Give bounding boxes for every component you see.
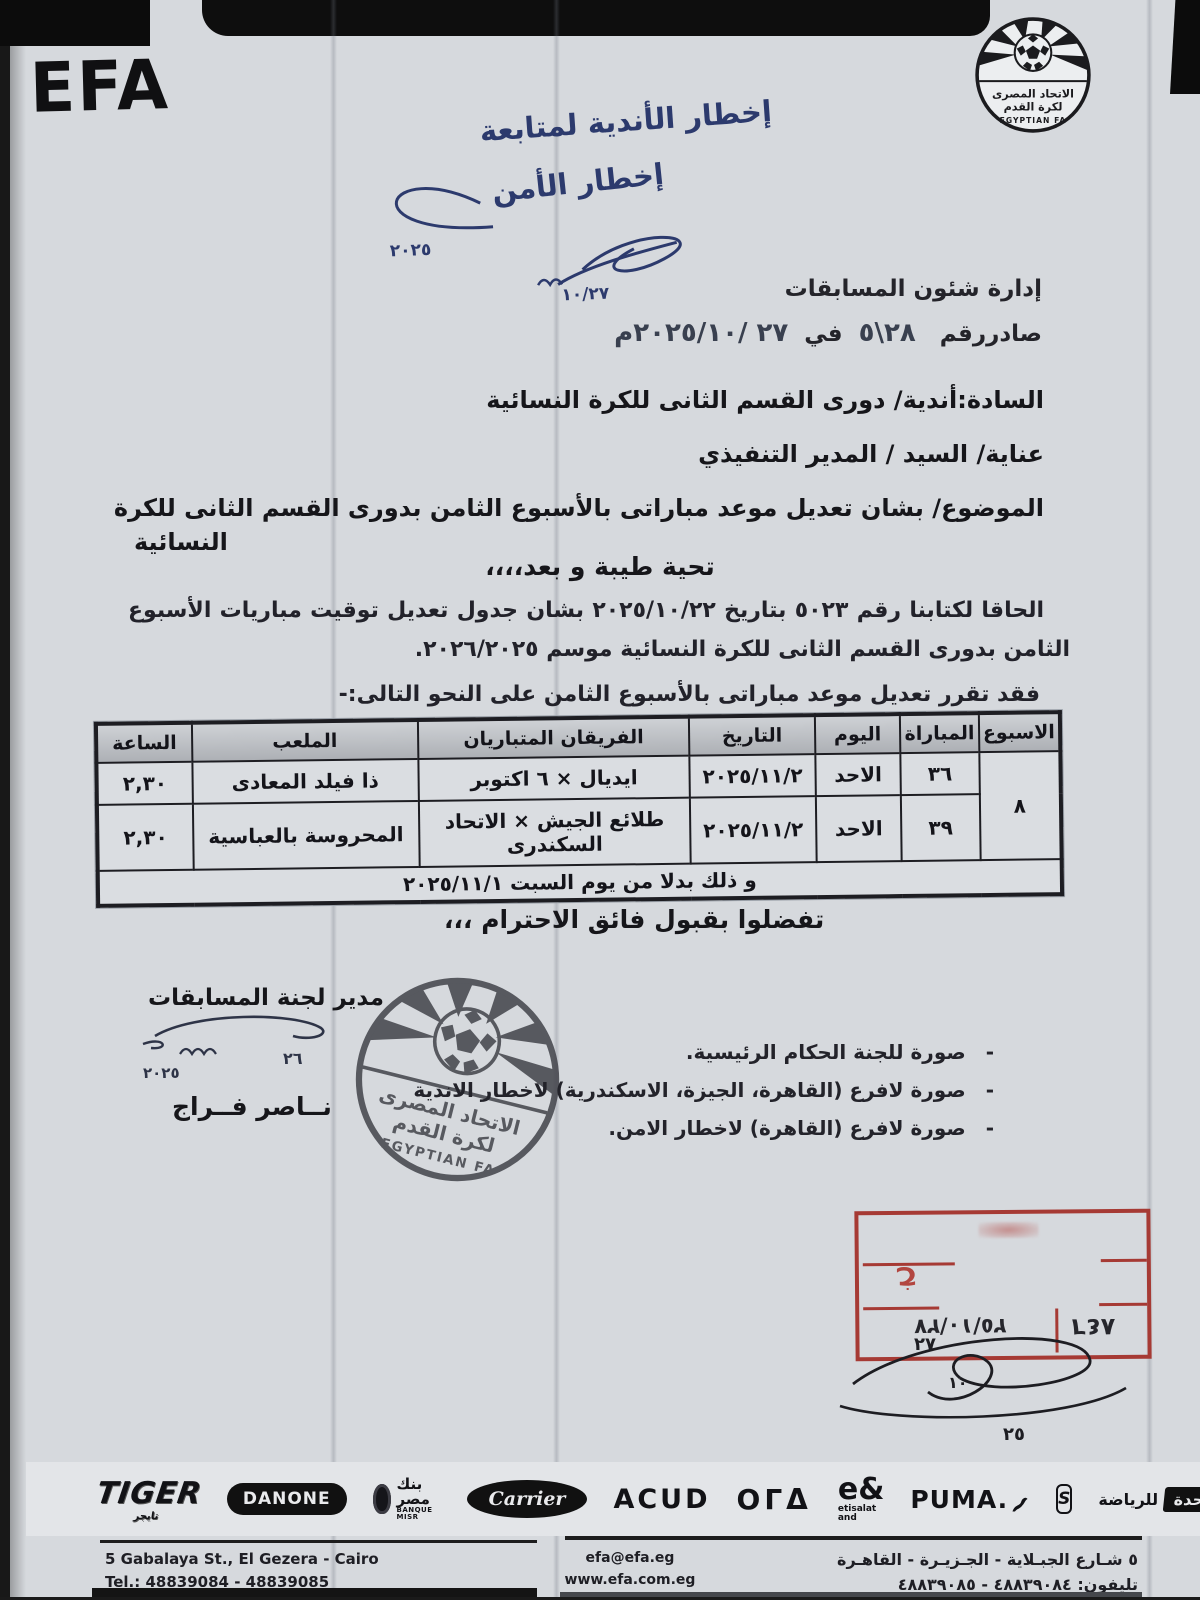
issue-number-line: صادررقم ٥\٢٨ في م٢٠٢٥/١٠/ ٢٧ <box>614 318 1042 348</box>
tiger-wordmark: TIGER <box>94 1476 204 1511</box>
efa-logo: EFA <box>29 45 171 129</box>
scanned-letter-page: EFA ٢٠٢٥ ١٠/٢٧ إخطار الأندية لمتابعة إخط… <box>0 0 1200 1600</box>
scan-corner-top-left <box>0 0 150 46</box>
banque-misr-english: BANQUE MISR <box>397 1507 441 1521</box>
cell-date: ٢٠٢٥/١١/٢ <box>689 754 815 798</box>
cc-dash: - <box>986 1078 994 1102</box>
danone-logo: DANONE <box>227 1483 347 1515</box>
cc-dash: - <box>986 1040 994 1064</box>
footer-address-arabic: ٥ شـارع الجبـلاية - الجـزيـرة - القاهـرة… <box>837 1548 1138 1598</box>
col-venue: الملعب <box>191 720 418 762</box>
col-day: اليوم <box>815 714 901 754</box>
cell-day: الاحد <box>815 753 901 796</box>
body-paragraph: الحاقا لكتابنا رقم ٥٠٢٣ بتاريخ ٢٠٢٥/١٠/٢… <box>128 592 1070 669</box>
footer-web-contacts: efa@efa.eg www.efa.com.eg <box>520 1548 740 1591</box>
stamp-kha-mark: خ <box>897 1267 917 1300</box>
stamp-divider <box>1101 1259 1147 1262</box>
scan-corner-top-right <box>1170 0 1200 94</box>
scan-top-black-bar <box>202 0 990 36</box>
cell-teams: طلائع الجيش × الاتحاد السكندرى <box>419 798 691 867</box>
subject-line: الموضوع/ بشان تعديل موعد مباراتى بالأسبو… <box>114 494 1044 522</box>
footer-street-ar: ٥ شـارع الجبـلاية - الجـزيـرة - القاهـرة <box>837 1548 1138 1573</box>
greeting-line: تحية طيبة و بعد،،،، <box>0 552 1200 581</box>
footer-rule-left <box>100 1540 537 1543</box>
paper-crease <box>1146 0 1153 1600</box>
cell-match: ٣٦ <box>901 752 980 795</box>
col-time: الساعة <box>96 723 192 763</box>
col-date: التاريخ <box>689 715 815 756</box>
acud-logo: ACUD <box>613 1484 710 1515</box>
cc-text: صورة لافرع (القاهرة، الجيزة، الاسكندرية)… <box>413 1078 965 1102</box>
issue-number-handwritten: ٥\٢٨ <box>859 318 916 348</box>
cell-date: ٢٠٢٥/١١/٢ <box>690 796 816 864</box>
issue-in-label: في <box>804 321 842 347</box>
footer-email: efa@efa.eg <box>520 1548 740 1570</box>
cc-text: صورة لافرع (القاهرة) لاخطار الامن. <box>608 1116 965 1140</box>
etisalat-and-logo: e& etisalat and <box>838 1475 885 1523</box>
egyptian-fa-crest-logo <box>972 14 1094 136</box>
puma-wordmark: PUMA. <box>910 1485 1008 1514</box>
addressee-line: السادة:أندية/ دورى القسم الثانى للكرة ال… <box>486 386 1044 414</box>
signature-hand-number: ٢٦ <box>283 1049 303 1068</box>
col-match: المباراة <box>900 713 979 753</box>
cc-text: صورة للجنة الحكام الرئيسية. <box>686 1040 966 1064</box>
issue-date-handwritten: م٢٠٢٥/١٠/ ٢٧ <box>614 318 788 348</box>
united-rest-word: للرياضة <box>1098 1490 1158 1509</box>
banque-misr-emblem-icon <box>373 1484 391 1514</box>
cell-time: ٢,٣٠ <box>96 762 192 805</box>
footer-website: www.efa.com.eg <box>520 1570 740 1592</box>
banque-misr-arabic: بنك مصر <box>397 1477 441 1507</box>
handwritten-routing-note: ٢٠٢٥ ١٠/٢٧ إخطار الأندية لمتابعة إخطار ا… <box>326 80 813 312</box>
footer-street-en: 5 Gabalaya St., El Gezera - Cairo <box>105 1548 379 1571</box>
carrier-logo: Carrier <box>467 1480 588 1518</box>
signature-hand-year: ٢٠٢٥ <box>143 1064 180 1082</box>
stamp-divider <box>863 1262 955 1266</box>
scan-edge-shade <box>10 0 26 1600</box>
cell-teams: ايديال × ٦ اكتوبر <box>418 756 690 801</box>
cc-item: - صورة لافرع (القاهرة) لاخطار الامن. <box>413 1116 994 1140</box>
match-schedule-table: الاسبوع المباراة اليوم التاريخ الفريقان … <box>94 710 1064 908</box>
united-sports-logo: المتحدة للرياضة <box>1098 1487 1200 1512</box>
cc-item: - صورة للجنة الحكام الرئيسية. <box>413 1040 994 1064</box>
ofa-logo: ОГΔ <box>737 1483 812 1516</box>
cell-week: ٨ <box>979 751 1062 860</box>
tiger-arabic: تايجر <box>133 1511 159 1522</box>
attention-line: عناية/ السيد / المدير التنفيذي <box>698 440 1044 468</box>
danone-wordmark: DANONE <box>227 1483 347 1515</box>
signer-name: نــاصر فــراج <box>172 1092 332 1121</box>
stamp-ink-smudge <box>978 1222 1038 1239</box>
signature-scribble: ٢٦ ٢٠٢٥ <box>125 1008 365 1093</box>
cell-venue: ذا فيلد المعادى <box>192 759 419 804</box>
cc-item: - صورة لافرع (القاهرة، الجيزة، الاسكندري… <box>413 1078 994 1102</box>
sig-digit-year: ٢٥ <box>1003 1424 1025 1445</box>
banque-misr-logo: بنك مصر BANQUE MISR <box>373 1477 441 1521</box>
cc-list: - صورة للجنة الحكام الرئيسية. - صورة لاف… <box>413 1040 994 1154</box>
stamp-divider <box>1099 1303 1147 1306</box>
sig-digit-month: ١٠ <box>948 1373 968 1392</box>
eand-subtext: etisalat and <box>838 1505 885 1523</box>
body-decision-line: فقد تقرر تعديل موعد مباراتى بالأسبوع الث… <box>339 682 1040 707</box>
united-boxed-word: المتحدة <box>1163 1487 1200 1512</box>
carrier-wordmark: Carrier <box>467 1480 588 1518</box>
footer-rule-right <box>565 1536 1142 1540</box>
cell-venue: المحروسة بالعباسية <box>192 801 419 870</box>
tiger-logo: TIGER تايجر <box>93 1476 204 1522</box>
eand-wordmark: e& <box>838 1475 885 1505</box>
col-teams: الفريقان المتباريان <box>418 717 690 759</box>
closing-line: تفضلوا بقبول فائق الاحترام ،،، <box>444 905 824 934</box>
hand-year: ٢٠٢٥ <box>389 240 431 261</box>
table-row: ٣٩ الاحد ٢٠٢٥/١١/٢ طلائع الجيش × الاتحاد… <box>97 793 1062 871</box>
sports-shield-logo: S <box>1056 1484 1072 1514</box>
cc-dash: - <box>986 1116 994 1140</box>
receipt-signature: ٢٧ ١٠ ٢٥ <box>828 1322 1138 1462</box>
cell-time: ٢,٣٠ <box>97 804 193 871</box>
cell-match: ٣٩ <box>901 794 980 861</box>
puma-cat-icon <box>1010 1494 1030 1514</box>
shield-letter: S <box>1058 1489 1070 1509</box>
sponsor-logos-strip: TIGER تايجر DANONE بنك مصر BANQUE MISR C… <box>26 1462 1200 1536</box>
acud-wordmark: ACUD <box>613 1484 710 1515</box>
stamp-divider <box>863 1307 939 1311</box>
department-line: إدارة شئون المسابقات <box>785 276 1042 302</box>
col-week: الاسبوع <box>978 712 1060 752</box>
issue-label: صادررقم <box>940 321 1042 347</box>
sig-digit-day: ٢٧ <box>914 1334 936 1355</box>
ofa-wordmark: ОГΔ <box>737 1483 812 1516</box>
puma-logo: PUMA. <box>910 1485 1030 1514</box>
hand-date: ١٠/٢٧ <box>561 284 610 306</box>
scan-edge-left <box>0 0 10 1600</box>
cell-day: الاحد <box>816 795 902 862</box>
